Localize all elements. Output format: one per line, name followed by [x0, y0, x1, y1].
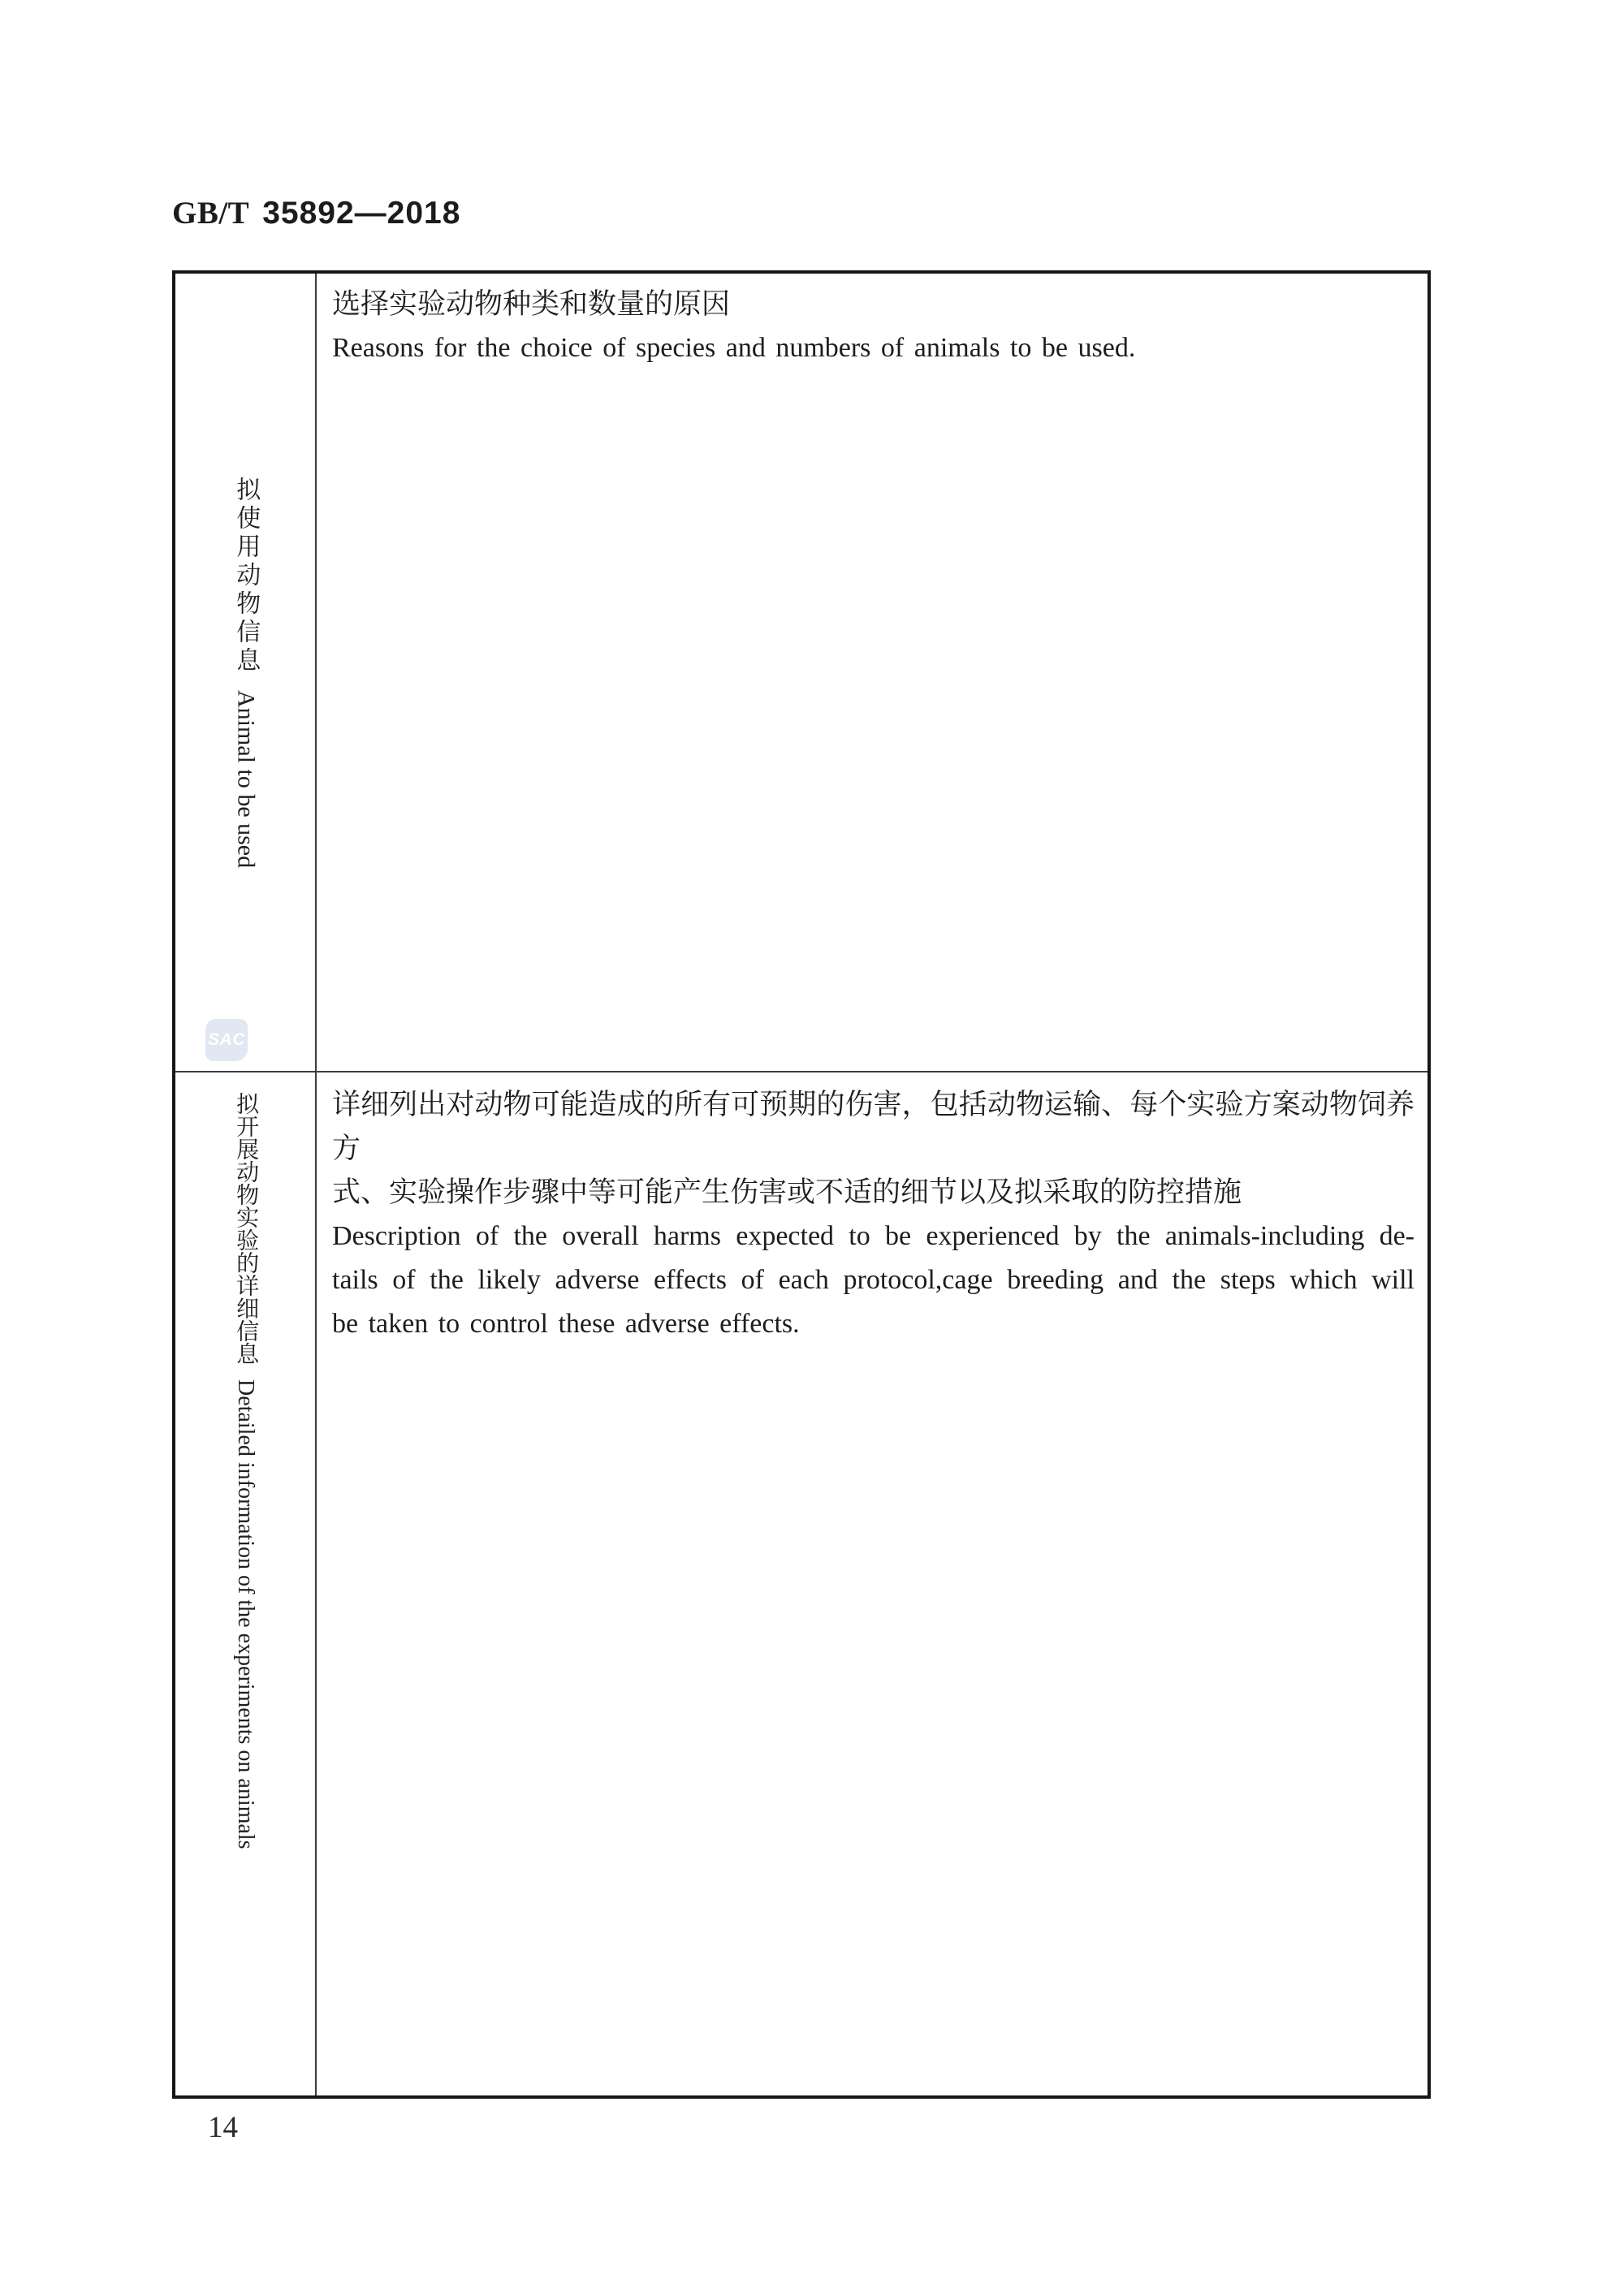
vertical-label-animal-to-be-used: 拟使用动物信息Animal to be used	[231, 477, 260, 868]
standard-prefix: GB/T	[172, 196, 249, 231]
vertical-label-detailed-information: 拟开展动物实验的详细信息Detailed information of the …	[232, 1092, 258, 1849]
content-cell-species-reasons: 选择实验动物种类和数量的原因 Reasons for the choice of…	[317, 274, 1427, 1072]
row-label-cell-detailed-information: 拟开展动物实验的详细信息Detailed information of the …	[175, 1072, 317, 2095]
document-page: GB/T35892—2018 拟使用动物信息Animal to be used …	[0, 0, 1624, 2296]
label-en-detailed-information: Detailed information of the experiments …	[233, 1379, 258, 1849]
text-line-en: be taken to control these adverse effect…	[332, 1302, 1415, 1346]
standard-number: 35892—2018	[262, 196, 460, 231]
label-zh-animal-info: 拟使用动物信息	[232, 477, 259, 675]
text-line-en: Description of the overall harms expecte…	[332, 1215, 1415, 1258]
text-line-zh: 式、实验操作步骤中等可能产生伤害或不适的细节以及拟采取的防控措施	[332, 1171, 1415, 1215]
text-line-en: Reasons for the choice of species and nu…	[332, 326, 1415, 370]
sac-watermark-logo: SAC	[205, 1019, 248, 1061]
label-en-animal-to-be-used: Animal to be used	[232, 690, 259, 868]
page-number: 14	[208, 2110, 238, 2145]
content-cell-expected-harms: 详细列出对动物可能造成的所有可预期的伤害，包括动物运输、每个实验方案动物饲养方 …	[317, 1072, 1427, 2095]
label-zh-detailed-info: 拟开展动物实验的详细信息	[233, 1092, 258, 1365]
standard-number-header: GB/T35892—2018	[172, 195, 460, 231]
protocol-form-table: 拟使用动物信息Animal to be used 选择实验动物种类和数量的原因 …	[172, 270, 1431, 2099]
row-label-cell-animal-to-be-used: 拟使用动物信息Animal to be used	[175, 274, 317, 1072]
text-line-en: tails of the likely adverse effects of e…	[332, 1258, 1415, 1302]
text-line-zh: 选择实验动物种类和数量的原因	[332, 283, 1415, 326]
text-line-zh: 详细列出对动物可能造成的所有可预期的伤害，包括动物运输、每个实验方案动物饲养方	[332, 1083, 1415, 1171]
